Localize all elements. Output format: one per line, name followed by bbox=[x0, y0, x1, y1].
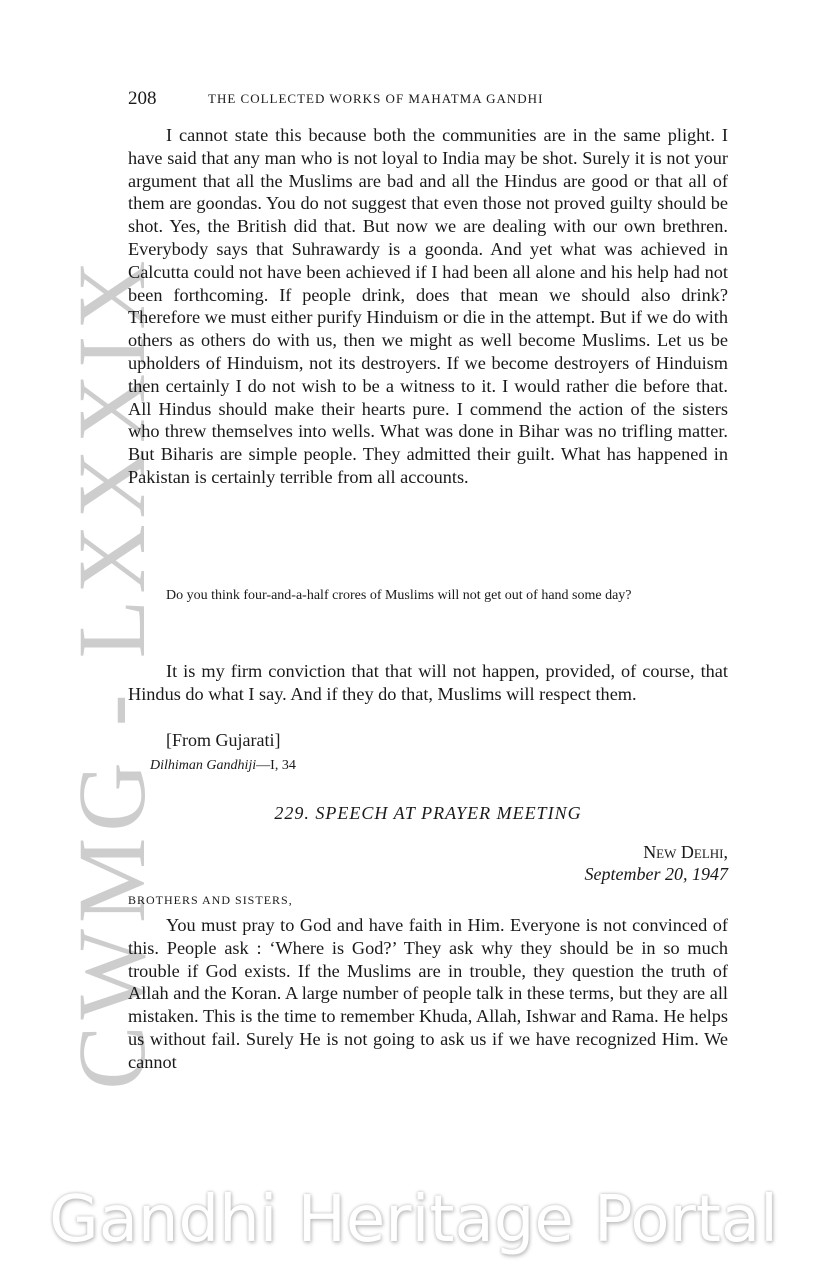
answer-paragraph: It is my firm conviction that that will … bbox=[128, 660, 728, 706]
page-header: 208 THE COLLECTED WORKS OF MAHATMA GANDH… bbox=[128, 88, 728, 112]
dateline-place: New Delhi, bbox=[643, 842, 728, 863]
document-page: CWMG - LXXXIX 208 THE COLLECTED WORKS OF… bbox=[0, 0, 827, 1272]
citation: Dilhiman Gandhiji—I, 34 bbox=[150, 758, 296, 774]
citation-ref: —I, 34 bbox=[256, 758, 296, 773]
question-paragraph: Do you think four-and-a-half crores of M… bbox=[128, 584, 728, 607]
section-title: 229. SPEECH AT PRAYER MEETING bbox=[128, 803, 728, 824]
salutation: BROTHERS AND SISTERS, bbox=[128, 893, 293, 908]
body-paragraph: You must pray to God and have faith in H… bbox=[128, 914, 728, 1074]
running-title: THE COLLECTED WORKS OF MAHATMA GANDHI bbox=[208, 91, 543, 107]
page-number: 208 bbox=[128, 88, 157, 110]
source-note: [From Gujarati] bbox=[166, 730, 280, 751]
body-paragraph: I cannot state this because both the com… bbox=[128, 124, 728, 489]
bottom-watermark: Gandhi Heritage Portal bbox=[0, 1188, 827, 1252]
citation-title: Dilhiman Gandhiji bbox=[150, 758, 256, 773]
dateline-date: September 20, 1947 bbox=[585, 864, 728, 885]
